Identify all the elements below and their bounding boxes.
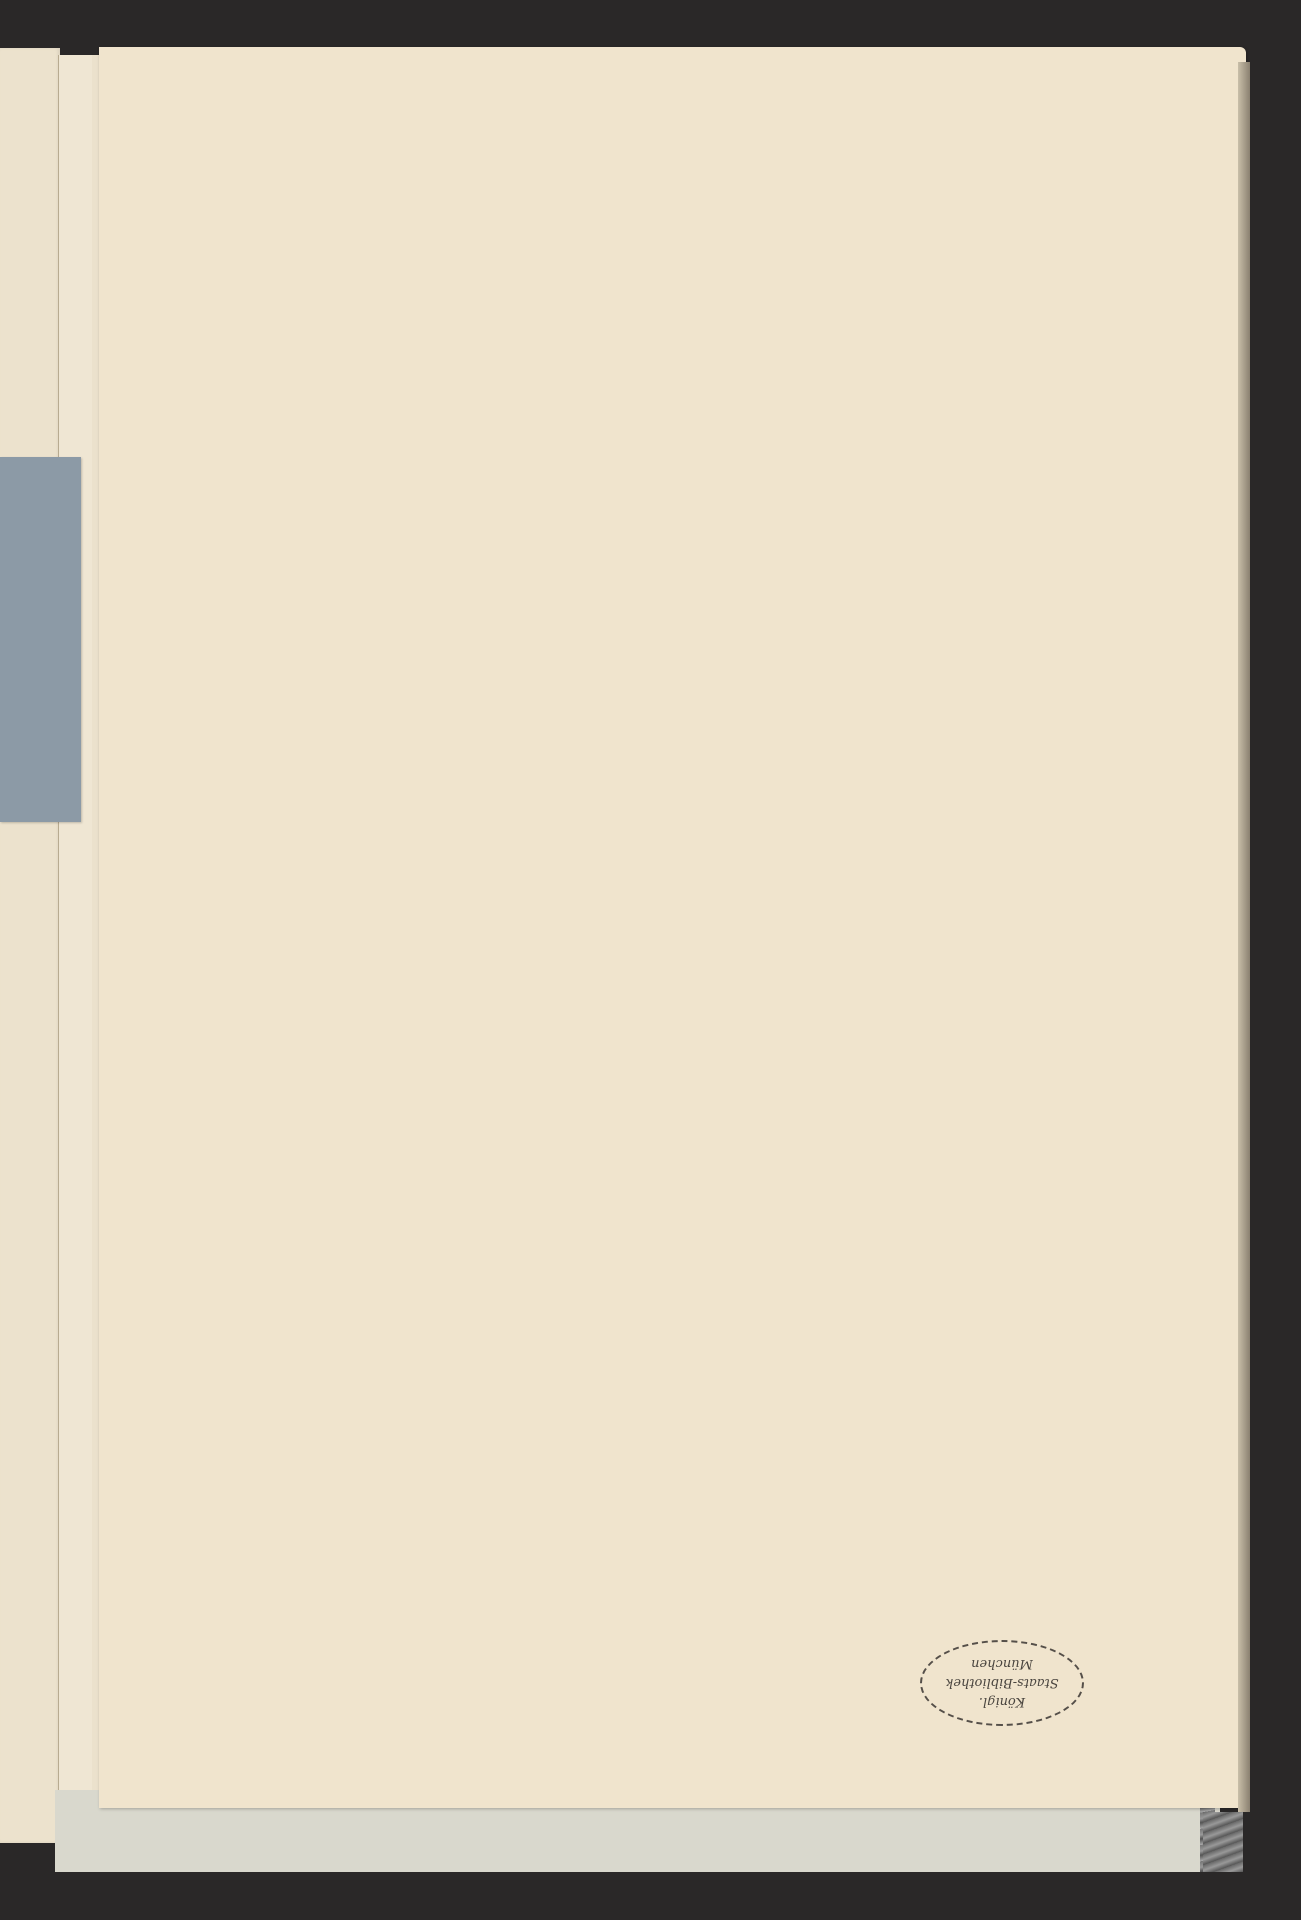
blue-insert-tab bbox=[0, 457, 81, 822]
stamp-line: Königl. bbox=[922, 1693, 1082, 1712]
library-stamp: Königl. Staats-Bibliothek München bbox=[920, 1640, 1084, 1726]
marbled-corner bbox=[1203, 1812, 1243, 1872]
stamp-line: München bbox=[922, 1655, 1082, 1674]
page-edge-strip bbox=[58, 55, 96, 1845]
page-right-edge bbox=[1238, 62, 1250, 1812]
stamp-line: Staats-Bibliothek bbox=[922, 1674, 1082, 1693]
blank-page bbox=[99, 47, 1246, 1808]
left-page bbox=[0, 48, 60, 1843]
